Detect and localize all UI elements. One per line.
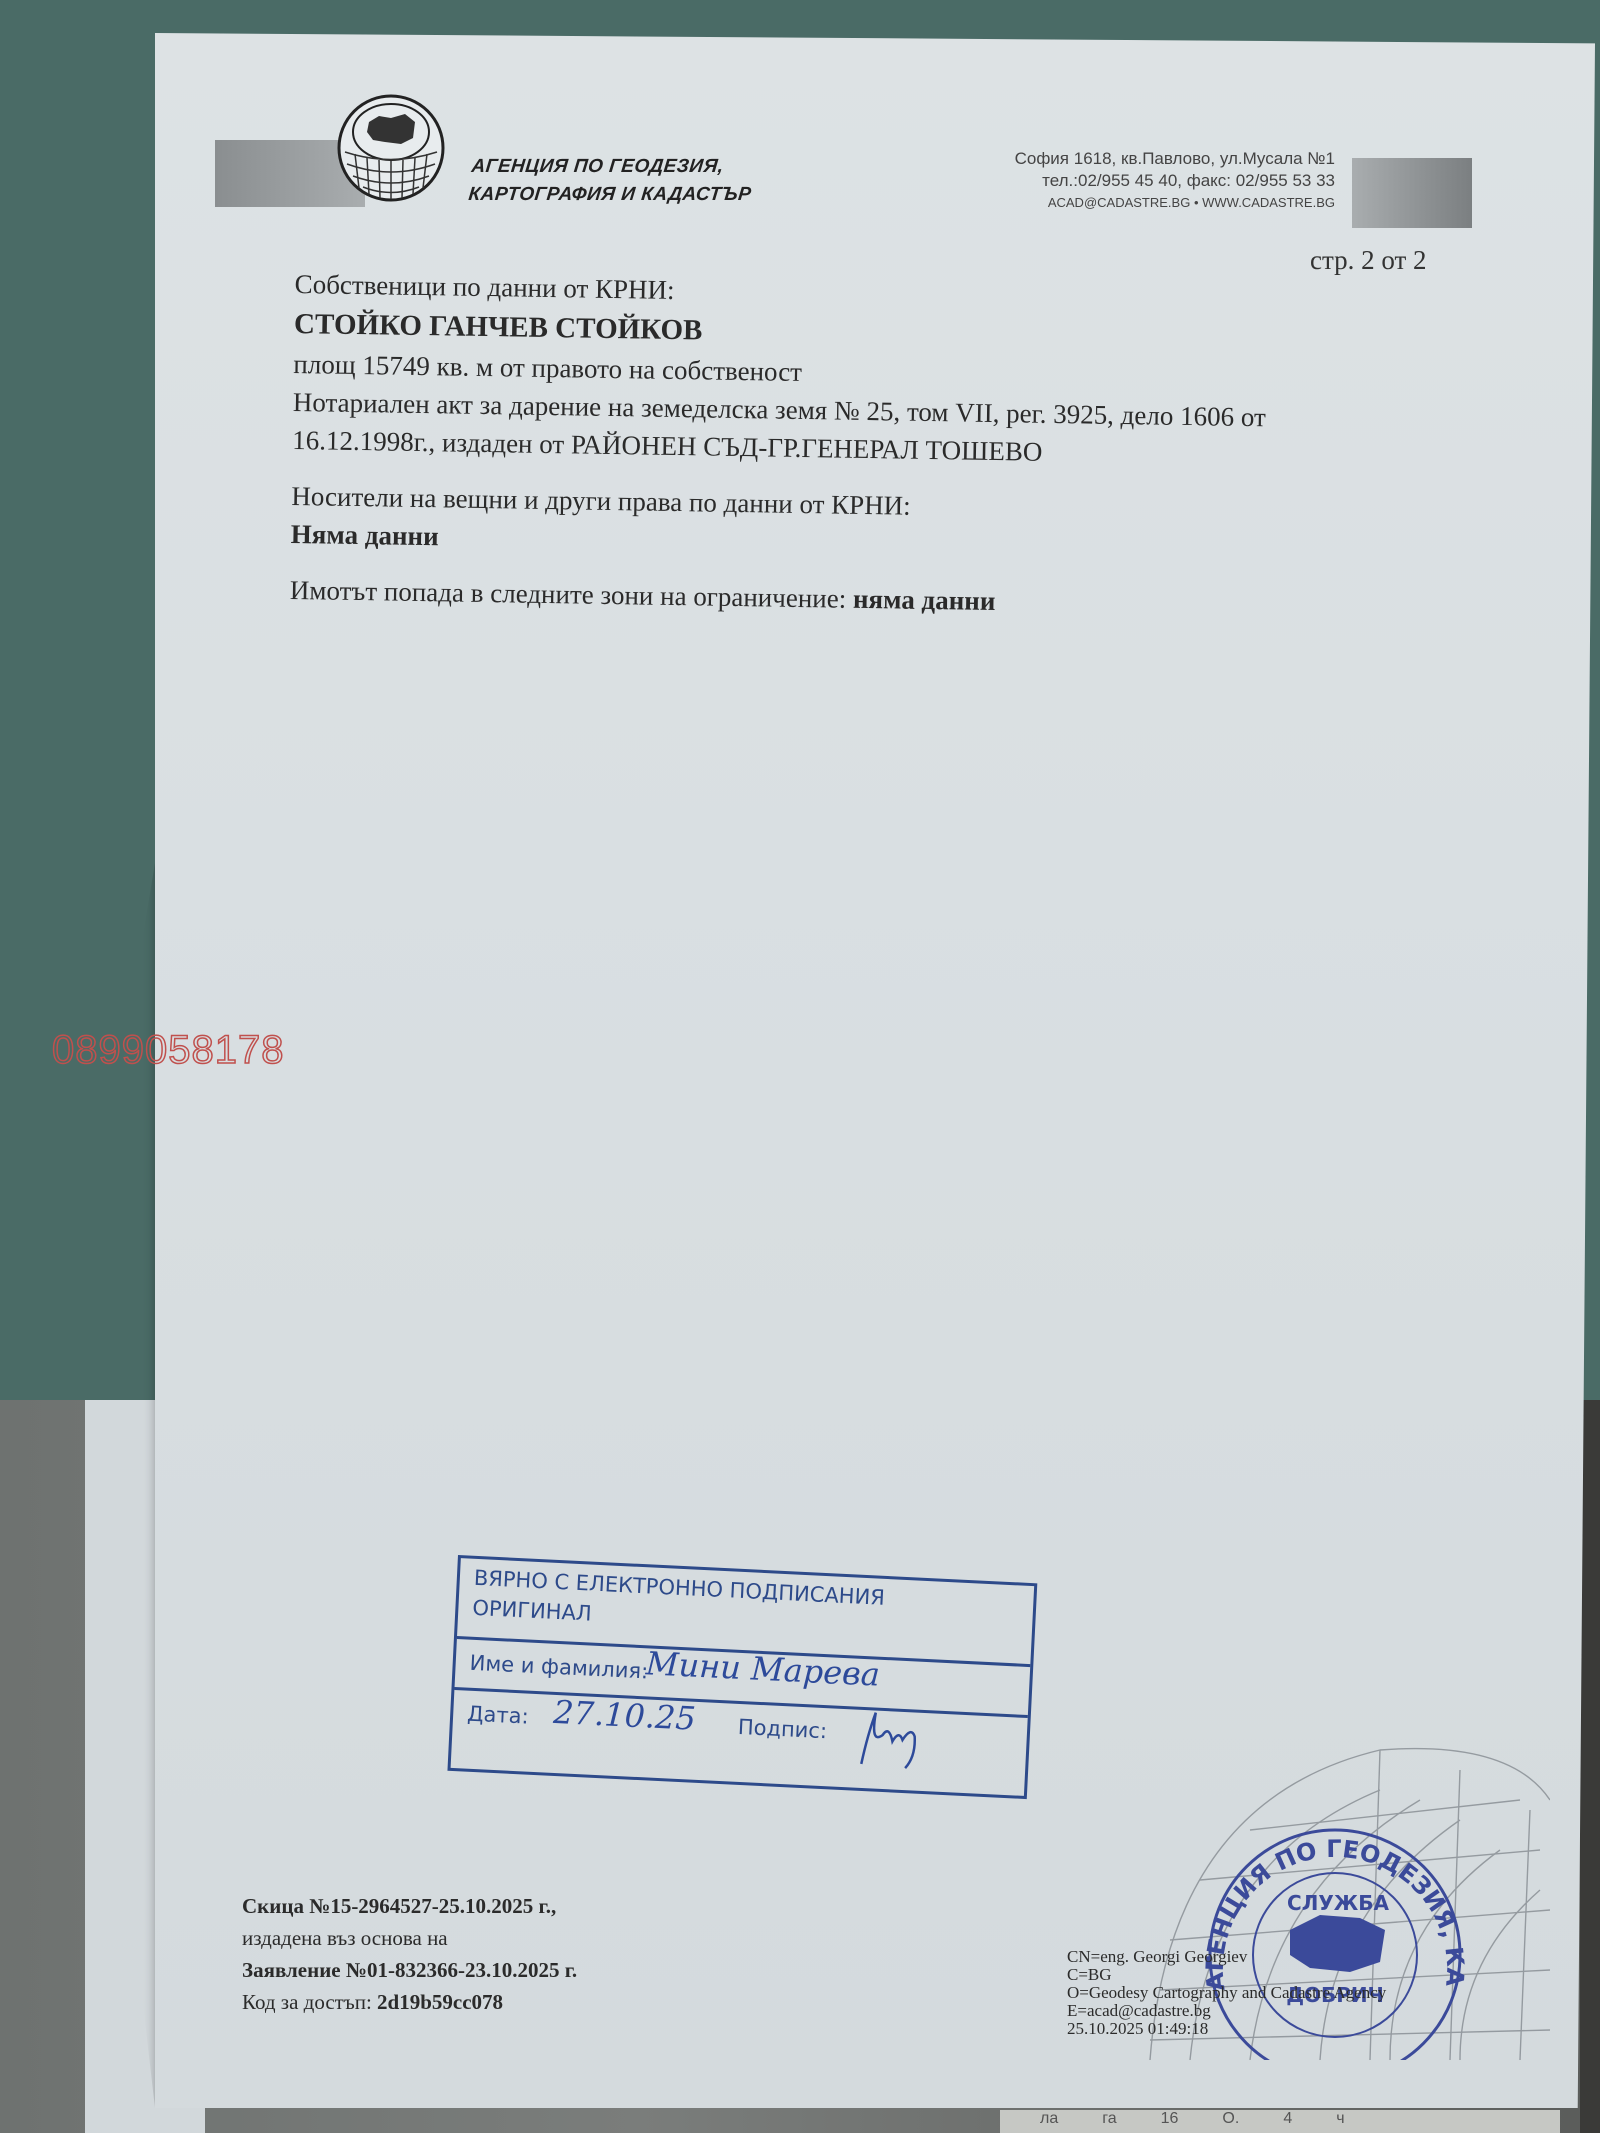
strip-fragment: О. (1222, 2110, 1239, 2128)
document-body: Собственици по данни от КРНИ: СТОЙКО ГАН… (290, 265, 1395, 626)
strip-fragment: га (1102, 2110, 1116, 2128)
signature-timestamp: 25.10.2025 01:49:18 (1067, 2020, 1386, 2038)
strip-fragment: ла (1040, 2110, 1058, 2128)
strip-fragment: 4 (1283, 2110, 1292, 2128)
strip-fragment: ч (1336, 2110, 1344, 2128)
zones-value: няма данни (853, 584, 996, 616)
agency-contact: София 1618, кв.Павлово, ул.Мусала №1 тел… (930, 148, 1335, 214)
letterhead-bar-right (1352, 158, 1472, 228)
handwritten-signature-icon (851, 1704, 944, 1778)
agency-name-line1: АГЕНЦИЯ ПО ГЕОДЕЗИЯ, (470, 153, 756, 181)
stamp-signature-label: Подпис: (737, 1708, 828, 1750)
agency-name: АГЕНЦИЯ ПО ГЕОДЕЗИЯ, КАРТОГРАФИЯ И КАДАС… (467, 153, 756, 209)
access-code: Код за достъп: 2d19b59cc078 (242, 1986, 577, 2018)
stamp-date-handwritten: 27.10.25 (553, 1693, 697, 1738)
access-code-label: Код за достъп: (242, 1990, 372, 2014)
background-edge (1580, 1400, 1600, 2133)
stamp-date-label: Дата: (467, 1702, 530, 1729)
access-code-value: 2d19b59cc078 (377, 1990, 503, 2014)
application-number: Заявление №01-832366-23.10.2025 г. (242, 1954, 577, 1986)
underlying-document-strip: ла га 16 О. 4 ч (1000, 2110, 1560, 2133)
sketch-reference: Скица №15-2964527-25.10.2025 г., издаден… (242, 1890, 577, 2018)
phone-watermark: 0899058178 (52, 1028, 284, 1073)
digital-signature-block: CN=eng. Georgi Georgiev C=BG O=Geodesy C… (1067, 1948, 1386, 2038)
strip-fragment: 16 (1161, 2110, 1179, 2128)
page-number: стр. 2 от 2 (1310, 245, 1427, 276)
zones-label: Имотът попада в следните зони на огранич… (290, 575, 847, 614)
sketch-number: Скица №15-2964527-25.10.2025 г., (242, 1890, 577, 1922)
agency-address: София 1618, кв.Павлово, ул.Мусала №1 (930, 148, 1335, 170)
signature-organization: O=Geodesy Cartography and Cadastre Agenc… (1067, 1984, 1386, 2002)
svg-text:СЛУЖБА: СЛУЖБА (1287, 1891, 1389, 1915)
issued-basis: издадена въз основа на (242, 1922, 577, 1954)
signature-email: E=acad@cadastre.bg (1067, 2002, 1386, 2020)
stamp-name-label: Име и фамилия: (469, 1651, 649, 1684)
agency-phone-fax: тел.:02/955 45 40, факс: 02/955 53 33 (930, 170, 1335, 192)
verification-stamp: ВЯРНО С ЕЛЕКТРОННО ПОДПИСАНИЯ ОРИГИНАЛ И… (447, 1555, 1037, 1799)
agency-name-line2: КАРТОГРАФИЯ И КАДАСТЪР (467, 181, 753, 209)
signature-cn: CN=eng. Georgi Georgiev (1067, 1948, 1386, 1966)
agency-email-web: ACAD@CADASTRE.BG • WWW.CADASTRE.BG (930, 192, 1335, 214)
signature-country: C=BG (1067, 1966, 1386, 1984)
globe-logo-icon (335, 92, 447, 204)
